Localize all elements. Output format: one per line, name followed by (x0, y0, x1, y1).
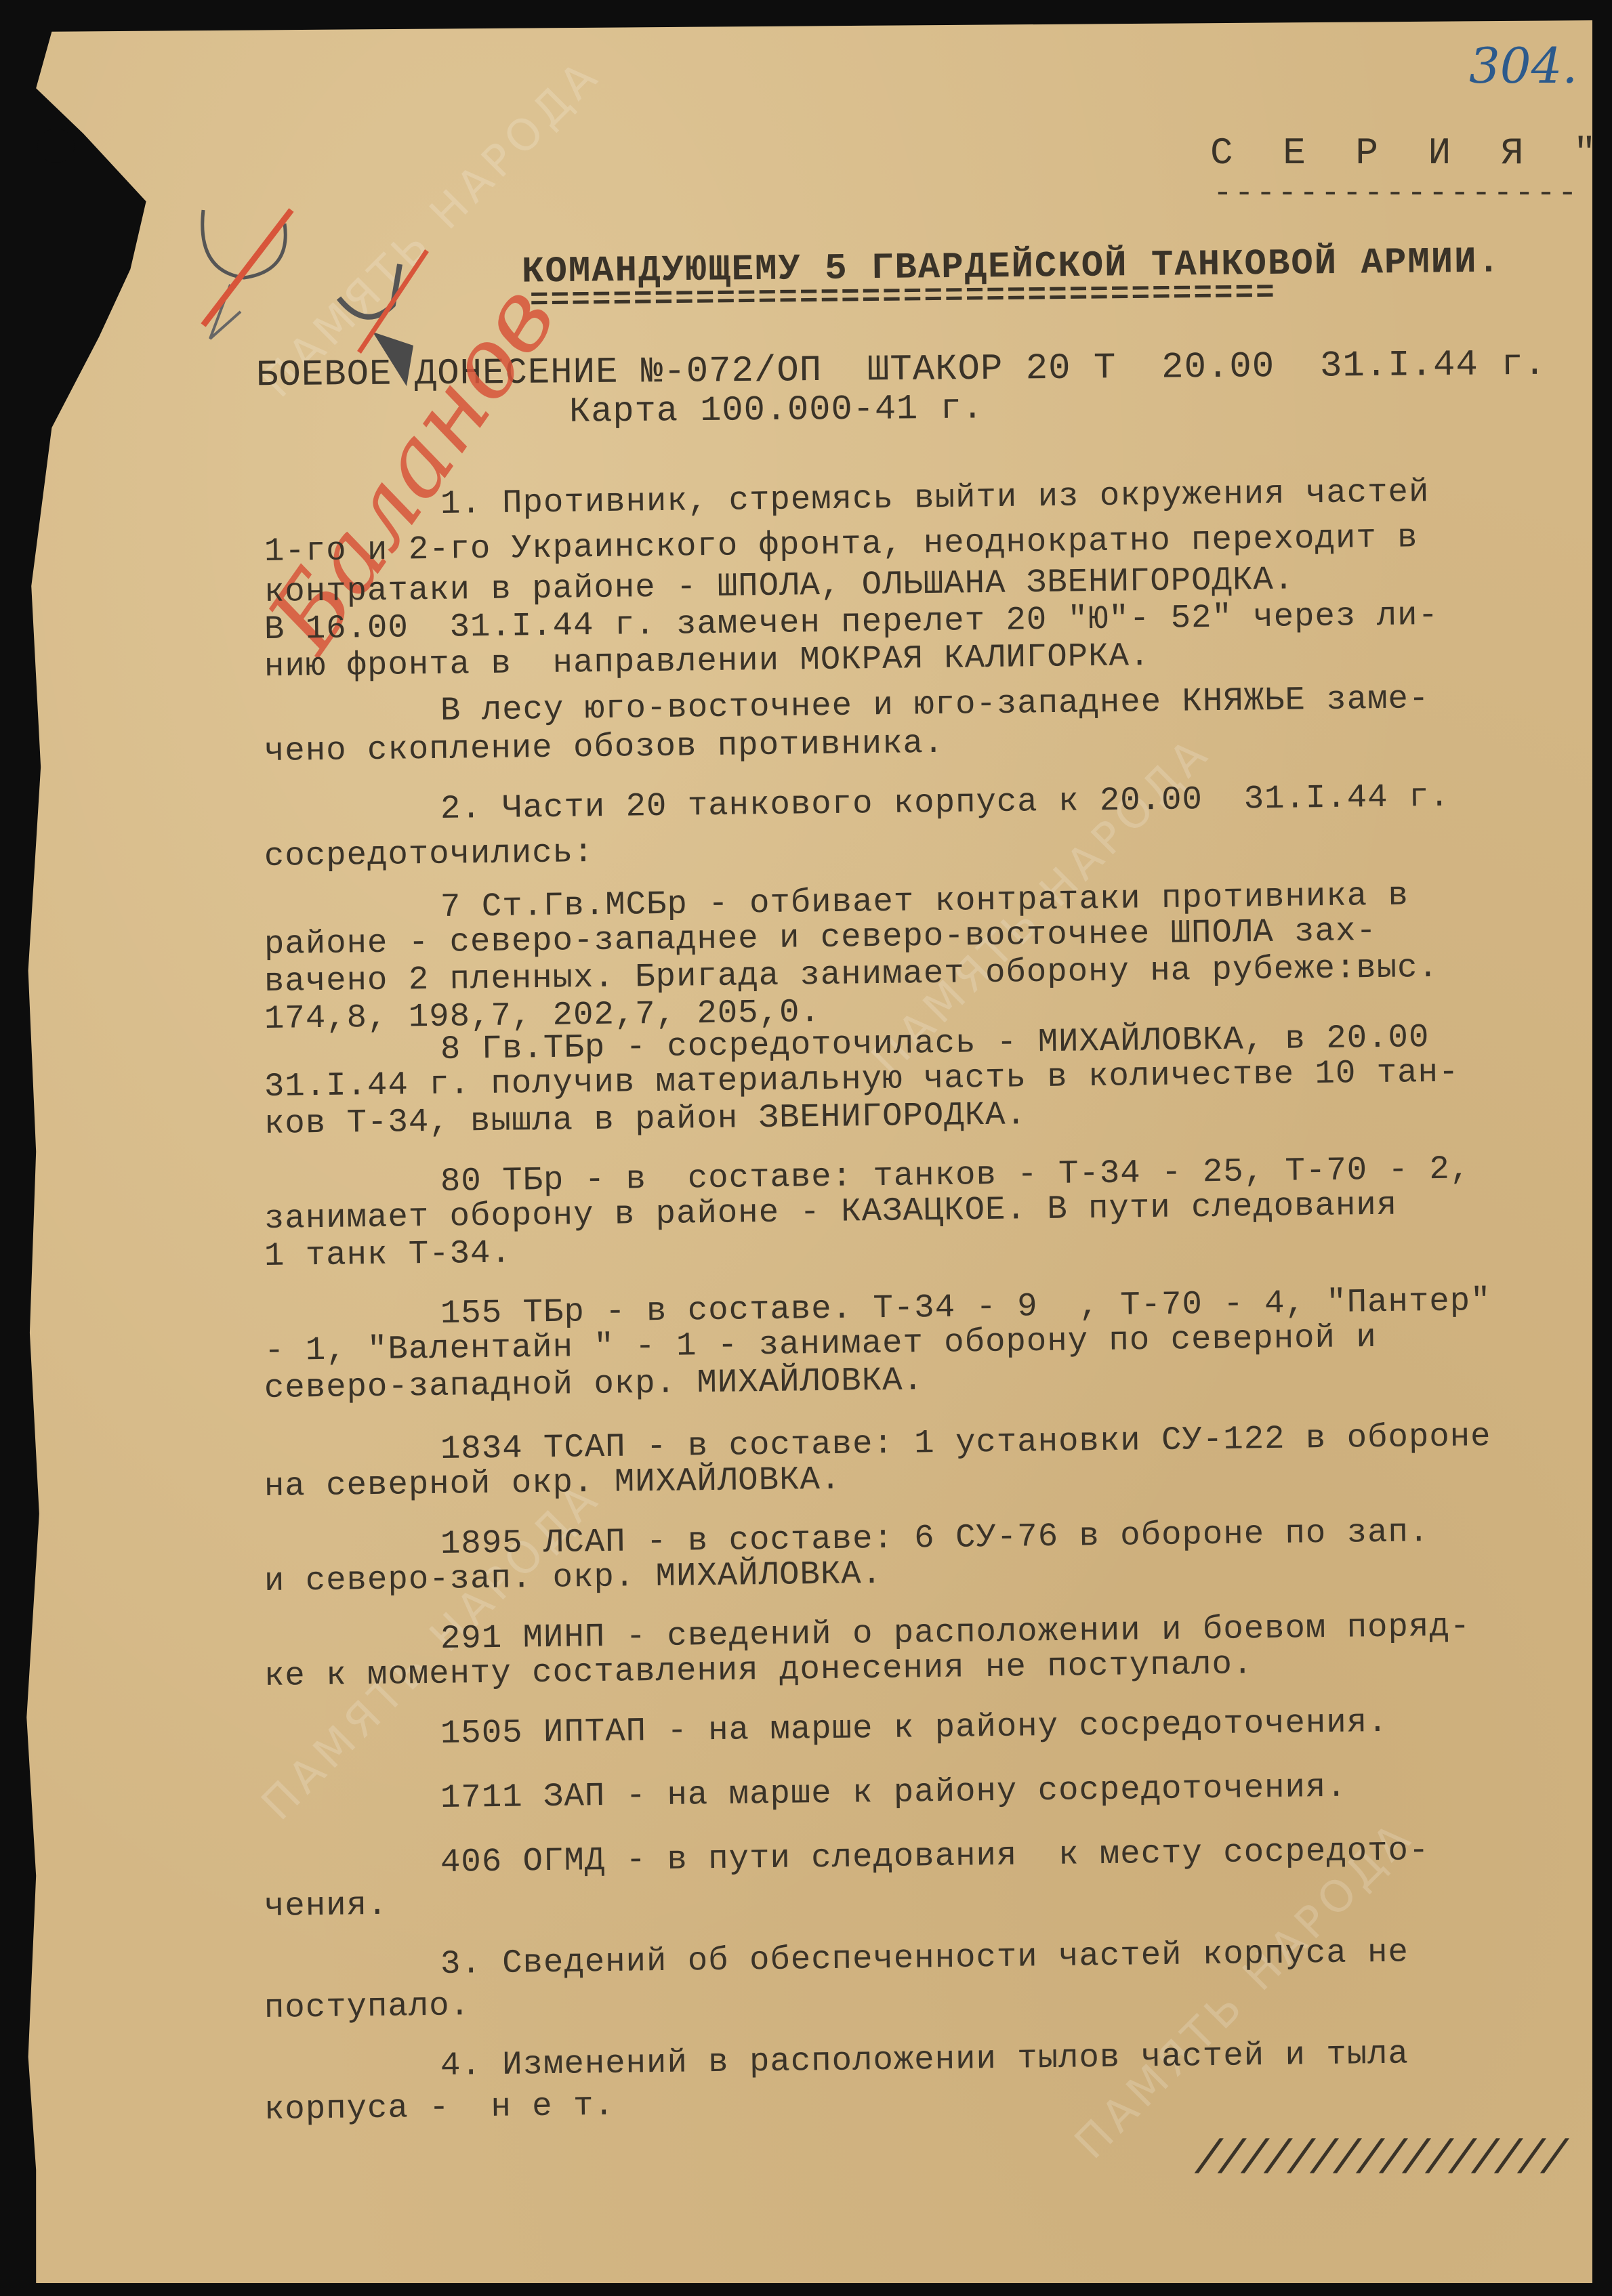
addressee-rule: ==================================== (530, 277, 1277, 316)
series-underline: ----------------- (1213, 178, 1579, 210)
report-line: корпуса - н е т. (264, 2089, 615, 2127)
report-line: ков Т-34, вышла в район ЗВЕНИГОРОДКА. (264, 1098, 1027, 1141)
report-line: 1 танк Т-34. (264, 1237, 512, 1273)
series-label: С Е Р И Я "Г" (1210, 134, 1612, 172)
punch-hole (37, 129, 75, 163)
report-line: чено скопление обозов противника. (264, 727, 945, 768)
map-reference: Карта 100.000-41 г. (569, 391, 984, 430)
report-line: на северной окр. МИХАЙЛОВКА. (264, 1463, 842, 1503)
report-line: северо-западной окр. МИХАЙЛОВКА. (264, 1364, 924, 1405)
report-line: и северо-зап. окр. МИХАЙЛОВКА. (264, 1558, 883, 1598)
archive-page-number: 304. (1469, 37, 1577, 94)
pencil-checkmark-icon (190, 196, 312, 352)
closing-slash-marks: //////////////// (1189, 2134, 1567, 2188)
report-line: поступало. (264, 1989, 471, 2025)
report-line: чения. (264, 1889, 388, 1923)
report-line: сосредоточились: (264, 836, 594, 873)
